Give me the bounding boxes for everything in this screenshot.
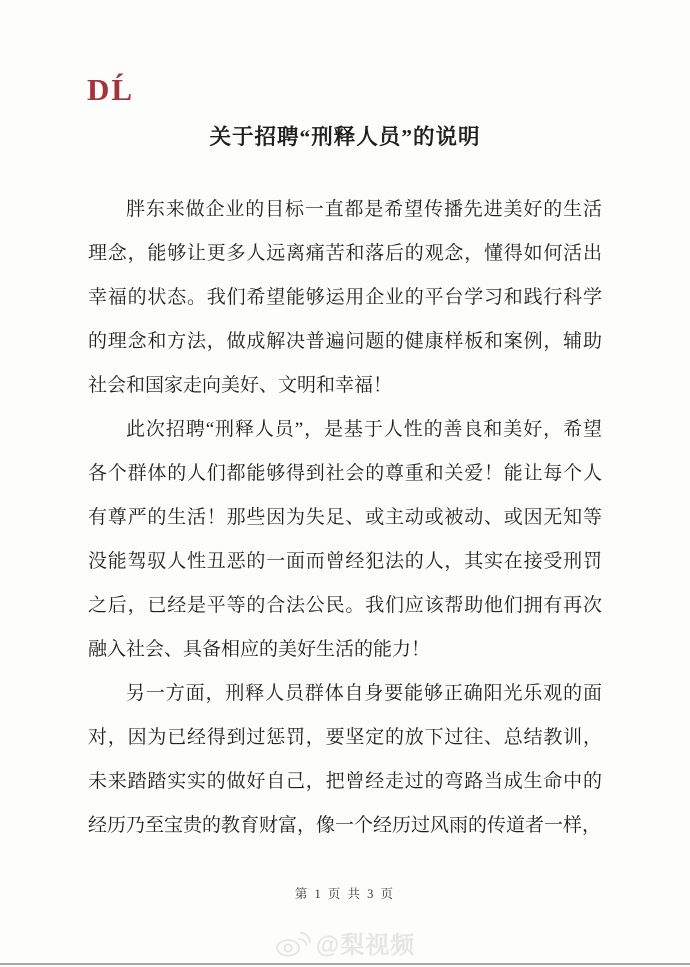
text-line: 的理念和方法，做成解决普遍问题的健康样板和案例，辅助 <box>88 320 602 364</box>
text-line: 之后，已经是平等的合法公民。我们应该帮助他们拥有再次 <box>88 584 602 628</box>
text-line: 幸福的状态。我们希望能够运用企业的平台学习和践行科学 <box>88 276 602 320</box>
document-page: DĹ 关于招聘“刑释人员”的说明 胖东来做企业的目标一直都是希望传播先进美好的生… <box>0 0 690 967</box>
text-line: 有尊严的生活！那些因为失足、或主动或被动、或因无知等 <box>88 496 602 540</box>
text-line: 各个群体的人们都能够得到社会的尊重和关爱！能让每个人 <box>88 452 602 496</box>
paragraph-3: 另一方面，刑释人员群体自身要能够正确阳光乐观的面 对，因为已经得到过惩罚，要坚定… <box>88 672 602 848</box>
text-line: 社会和国家走向美好、文明和幸福！ <box>88 364 602 408</box>
paragraph-2: 此次招聘“刑释人员”，是基于人性的善良和美好，希望 各个群体的人们都能够得到社会… <box>88 408 602 672</box>
text-line: 另一方面，刑释人员群体自身要能够正确阳光乐观的面 <box>88 672 602 716</box>
text-line: 经历乃至宝贵的教育财富，像一个经历过风雨的传道者一样， <box>88 804 602 848</box>
text-line: 胖东来做企业的目标一直都是希望传播先进美好的生活 <box>88 188 602 232</box>
watermark-text: @梨视频 <box>316 925 415 960</box>
page-number: 第 1 页 共 3 页 <box>0 884 690 902</box>
text-line: 对，因为已经得到过惩罚，要坚定的放下过往、总结教训， <box>88 716 602 760</box>
text-line: 理念，能够让更多人远离痛苦和落后的观念，懂得如何活出 <box>88 232 602 276</box>
text-line: 未来踏踏实实的做好自己，把曾经走过的弯路当成生命中的 <box>88 760 602 804</box>
document-title: 关于招聘“刑释人员”的说明 <box>0 120 690 151</box>
text-line: 没能驾驭人性丑恶的一面而曾经犯法的人，其实在接受刑罚 <box>88 540 602 584</box>
text-line: 融入社会、具备相应的美好生活的能力！ <box>88 628 602 672</box>
text-line: 此次招聘“刑释人员”，是基于人性的善良和美好，希望 <box>88 408 602 452</box>
paragraph-1: 胖东来做企业的目标一直都是希望传播先进美好的生活 理念，能够让更多人远离痛苦和落… <box>88 188 602 408</box>
company-logo: DĹ <box>87 72 134 108</box>
bottom-border <box>0 963 690 965</box>
weibo-watermark: @梨视频 <box>0 925 690 960</box>
weibo-icon <box>275 928 311 958</box>
document-body: 胖东来做企业的目标一直都是希望传播先进美好的生活 理念，能够让更多人远离痛苦和落… <box>88 188 602 848</box>
